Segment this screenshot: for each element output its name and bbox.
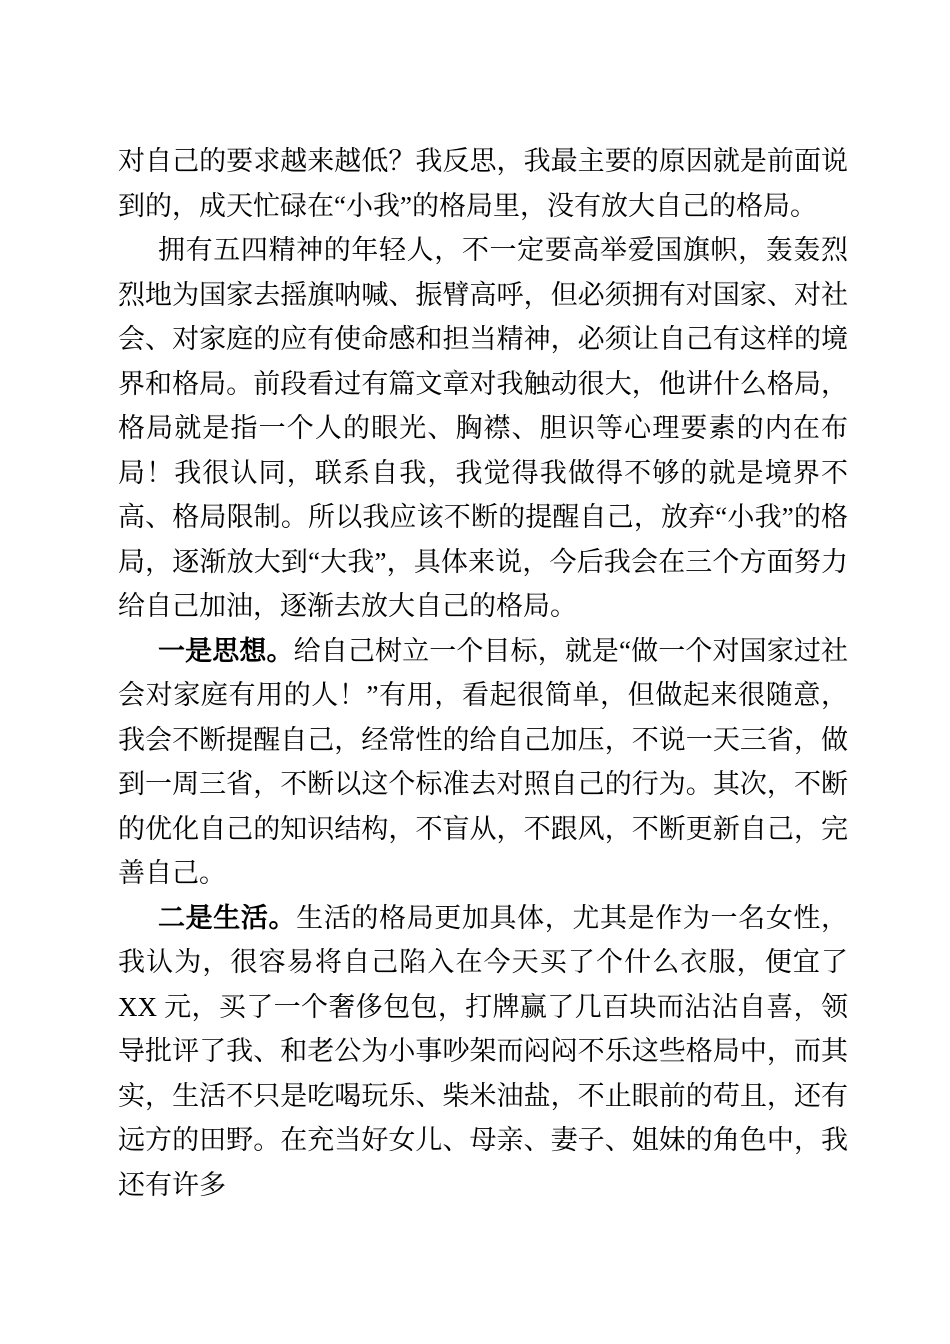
paragraph-first-thought: 一是思想。给自己树立一个目标，就是“做一个对国家过社会对家庭有用的人！”有用，看… bbox=[118, 629, 848, 896]
paragraph-wusi-spirit: 拥有五四精神的年轻人，不一定要高举爱国旗帜，轰轰烈烈地为国家去摇旗呐喊、振臂高呼… bbox=[118, 228, 848, 629]
paragraph-lead-bold: 一是思想。 bbox=[158, 636, 294, 666]
paragraph-lead-bold: 二是生活。 bbox=[158, 903, 296, 933]
document-page: 对自己的要求越来越低？我反思，我最主要的原因就是前面说到的，成天忙碌在“小我”的… bbox=[0, 0, 950, 1344]
paragraph-text: 对自己的要求越来越低？我反思，我最主要的原因就是前面说到的，成天忙碌在“小我”的… bbox=[118, 146, 848, 221]
paragraph-continuation: 对自己的要求越来越低？我反思，我最主要的原因就是前面说到的，成天忙碌在“小我”的… bbox=[118, 139, 848, 228]
paragraph-text: 生活的格局更加具体，尤其是作为一名女性，我认为，很容易将自己陷入在今天买了个什么… bbox=[118, 903, 848, 1200]
paragraph-text: 给自己树立一个目标，就是“做一个对国家过社会对家庭有用的人！”有用，看起很简单，… bbox=[118, 636, 848, 889]
paragraph-text: 拥有五四精神的年轻人，不一定要高举爱国旗帜，轰轰烈烈地为国家去摇旗呐喊、振臂高呼… bbox=[118, 235, 848, 621]
paragraph-second-life: 二是生活。生活的格局更加具体，尤其是作为一名女性，我认为，很容易将自己陷入在今天… bbox=[118, 896, 848, 1208]
document-text-block: 对自己的要求越来越低？我反思，我最主要的原因就是前面说到的，成天忙碌在“小我”的… bbox=[118, 139, 848, 1207]
